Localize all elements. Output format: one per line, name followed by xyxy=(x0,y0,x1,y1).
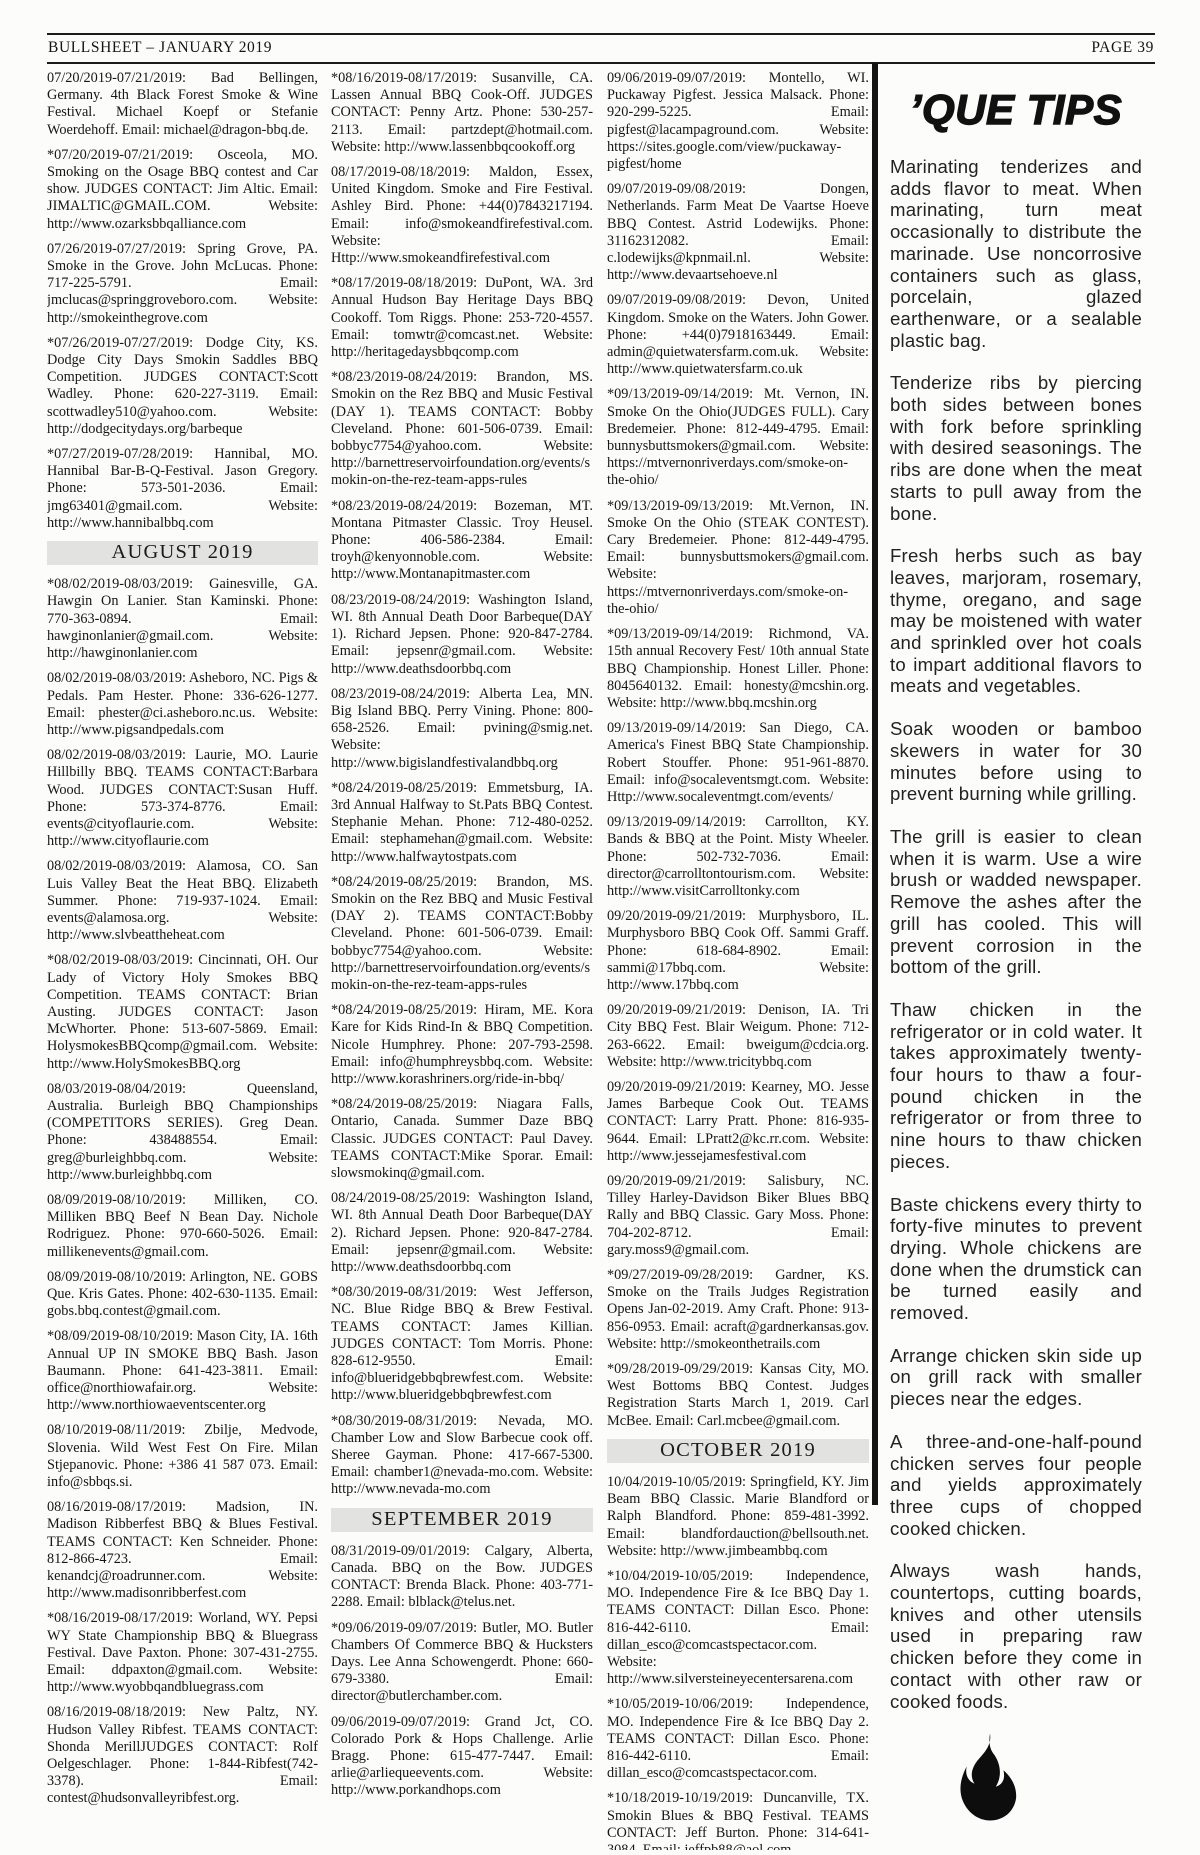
event-listing: 07/26/2019-07/27/2019: Spring Grove, PA.… xyxy=(47,241,318,327)
event-listing: 09/07/2019-09/08/2019: Devon, United Kin… xyxy=(607,292,869,378)
event-listing: 09/20/2019-09/21/2019: Denison, IA. Tri … xyxy=(607,1002,869,1071)
event-listing: *08/23/2019-08/24/2019: Brandon, MS. Smo… xyxy=(331,369,593,489)
event-listing: 09/20/2019-09/21/2019: Salisbury, NC. Ti… xyxy=(607,1173,869,1259)
event-listing: 08/16/2019-08/17/2019: Madsion, IN. Madi… xyxy=(47,1499,318,1602)
event-listing: 08/24/2019-08/25/2019: Washington Island… xyxy=(331,1190,593,1276)
event-listing: *09/06/2019-09/07/2019: Butler, MO. Butl… xyxy=(331,1620,593,1706)
newsletter-title: BULLSHEET – JANUARY 2019 xyxy=(48,39,272,57)
event-listing: 08/10/2019-08/11/2019: Zbilje, Medvode, … xyxy=(47,1422,318,1491)
event-listing: *08/02/2019-08/03/2019: Gainesville, GA.… xyxy=(47,576,318,662)
event-listing: *07/26/2019-07/27/2019: Dodge City, KS. … xyxy=(47,335,318,438)
event-listing: 09/20/2019-09/21/2019: Kearney, MO. Jess… xyxy=(607,1079,869,1165)
que-tips-title: ’QUE TIPS xyxy=(890,86,1142,134)
que-tip: Soak wooden or bamboo skewers in water f… xyxy=(890,718,1142,805)
flame-icon xyxy=(960,1733,1018,1821)
event-listing: 07/20/2019-07/21/2019: Bad Bellingen, Ge… xyxy=(47,70,318,139)
event-listing: 08/09/2019-08/10/2019: Arlington, NE. GO… xyxy=(47,1269,318,1321)
listings-column-1: 07/20/2019-07/21/2019: Bad Bellingen, Ge… xyxy=(47,70,318,1850)
event-listing: 09/06/2019-09/07/2019: Montello, WI. Puc… xyxy=(607,70,869,173)
event-listing: *07/27/2019-07/28/2019: Hannibal, MO. Ha… xyxy=(47,446,318,532)
newsletter-page: BULLSHEET – JANUARY 2019 PAGE 39 07/20/2… xyxy=(0,0,1200,1855)
listings-column-2: *08/16/2019-08/17/2019: Susanville, CA. … xyxy=(331,70,593,1850)
section-header: OCTOBER 2019 xyxy=(607,1439,869,1463)
vertical-divider xyxy=(872,63,878,1505)
event-listing: *09/27/2019-09/28/2019: Gardner, KS. Smo… xyxy=(607,1267,869,1353)
event-listing: *08/24/2019-08/25/2019: Niagara Falls, O… xyxy=(331,1096,593,1182)
event-listing: *08/17/2019-08/18/2019: DuPont, WA. 3rd … xyxy=(331,275,593,361)
section-header: SEPTEMBER 2019 xyxy=(331,1508,593,1532)
event-listing: *10/18/2019-10/19/2019: Duncanville, TX.… xyxy=(607,1790,869,1850)
que-tips-body: Marinating tenderizes and adds flavor to… xyxy=(890,156,1142,1712)
event-listing: *08/02/2019-08/03/2019: Cincinnati, OH. … xyxy=(47,952,318,1072)
event-listing: *09/13/2019-09/14/2019: Richmond, VA. 15… xyxy=(607,626,869,712)
page-number: PAGE 39 xyxy=(1091,39,1154,57)
event-listing: *08/30/2019-08/31/2019: West Jefferson, … xyxy=(331,1284,593,1404)
que-tip: Fresh herbs such as bay leaves, marjoram… xyxy=(890,545,1142,697)
event-listing: 09/07/2019-09/08/2019: Dongen, Netherlan… xyxy=(607,181,869,284)
section-header: AUGUST 2019 xyxy=(47,541,318,565)
event-listing: 09/20/2019-09/21/2019: Murphysboro, IL. … xyxy=(607,908,869,994)
event-listing: *10/05/2019-10/06/2019: Independence, MO… xyxy=(607,1696,869,1782)
listings-column-3: 09/06/2019-09/07/2019: Montello, WI. Puc… xyxy=(607,70,869,1850)
que-tip: Arrange chicken skin side up on grill ra… xyxy=(890,1345,1142,1410)
event-listing: *08/24/2019-08/25/2019: Emmetsburg, IA. … xyxy=(331,780,593,866)
event-listing: 09/13/2019-09/14/2019: San Diego, CA. Am… xyxy=(607,720,869,806)
event-listing: *10/04/2019-10/05/2019: Independence, MO… xyxy=(607,1568,869,1688)
que-tip: The grill is easier to clean when it is … xyxy=(890,826,1142,978)
event-listing: *08/16/2019-08/17/2019: Susanville, CA. … xyxy=(331,70,593,156)
event-listing: *08/16/2019-08/17/2019: Worland, WY. Pep… xyxy=(47,1610,318,1696)
event-listing: *08/24/2019-08/25/2019: Hiram, ME. Kora … xyxy=(331,1002,593,1088)
que-tip: Marinating tenderizes and adds flavor to… xyxy=(890,156,1142,351)
event-listing: *09/13/2019-09/14/2019: Mt. Vernon, IN. … xyxy=(607,386,869,489)
que-tip: A three-and-one-half-pound chicken serve… xyxy=(890,1431,1142,1540)
que-tip: Baste chickens every thirty to forty-fiv… xyxy=(890,1194,1142,1324)
event-listing: 08/23/2019-08/24/2019: Alberta Lea, MN. … xyxy=(331,686,593,772)
event-listing: 08/16/2019-08/18/2019: New Paltz, NY. Hu… xyxy=(47,1704,318,1807)
event-listing: *09/28/2019-09/29/2019: Kansas City, MO.… xyxy=(607,1361,869,1430)
event-listing: 08/03/2019-08/04/2019: Queensland, Austr… xyxy=(47,1081,318,1184)
que-tip: Tenderize ribs by piercing both sides be… xyxy=(890,372,1142,524)
event-listing: 08/02/2019-08/03/2019: Asheboro, NC. Pig… xyxy=(47,670,318,739)
event-listing: 08/31/2019-09/01/2019: Calgary, Alberta,… xyxy=(331,1543,593,1612)
event-listing: *08/30/2019-08/31/2019: Nevada, MO. Cham… xyxy=(331,1413,593,1499)
que-tip: Thaw chicken in the refrigerator or in c… xyxy=(890,999,1142,1173)
event-listing: *08/09/2019-08/10/2019: Mason City, IA. … xyxy=(47,1328,318,1414)
event-listing: 08/17/2019-08/18/2019: Maldon, Essex, Un… xyxy=(331,164,593,267)
event-listing: *08/24/2019-08/25/2019: Brandon, MS. Smo… xyxy=(331,874,593,994)
masthead: BULLSHEET – JANUARY 2019 PAGE 39 xyxy=(47,33,1155,64)
event-listing: 08/09/2019-08/10/2019: Milliken, CO. Mil… xyxy=(47,1192,318,1261)
event-listing: 08/23/2019-08/24/2019: Washington Island… xyxy=(331,592,593,678)
que-tip: Always wash hands, countertops, cutting … xyxy=(890,1560,1142,1712)
event-listing: *07/20/2019-07/21/2019: Osceola, MO. Smo… xyxy=(47,147,318,233)
event-listing: 08/02/2019-08/03/2019: Alamosa, CO. San … xyxy=(47,858,318,944)
event-listing: 09/13/2019-09/14/2019: Carrollton, KY. B… xyxy=(607,814,869,900)
event-listing: *09/13/2019-09/13/2019: Mt.Vernon, IN. S… xyxy=(607,498,869,618)
event-listing: *08/23/2019-08/24/2019: Bozeman, MT. Mon… xyxy=(331,498,593,584)
event-listing: 08/02/2019-08/03/2019: Laurie, MO. Lauri… xyxy=(47,747,318,850)
que-tips-sidebar: ’QUE TIPS Marinating tenderizes and adds… xyxy=(890,70,1142,1850)
event-listing: 10/04/2019-10/05/2019: Springfield, KY. … xyxy=(607,1474,869,1560)
event-listing: 09/06/2019-09/07/2019: Grand Jct, CO. Co… xyxy=(331,1714,593,1800)
masthead-rule xyxy=(47,62,1155,64)
